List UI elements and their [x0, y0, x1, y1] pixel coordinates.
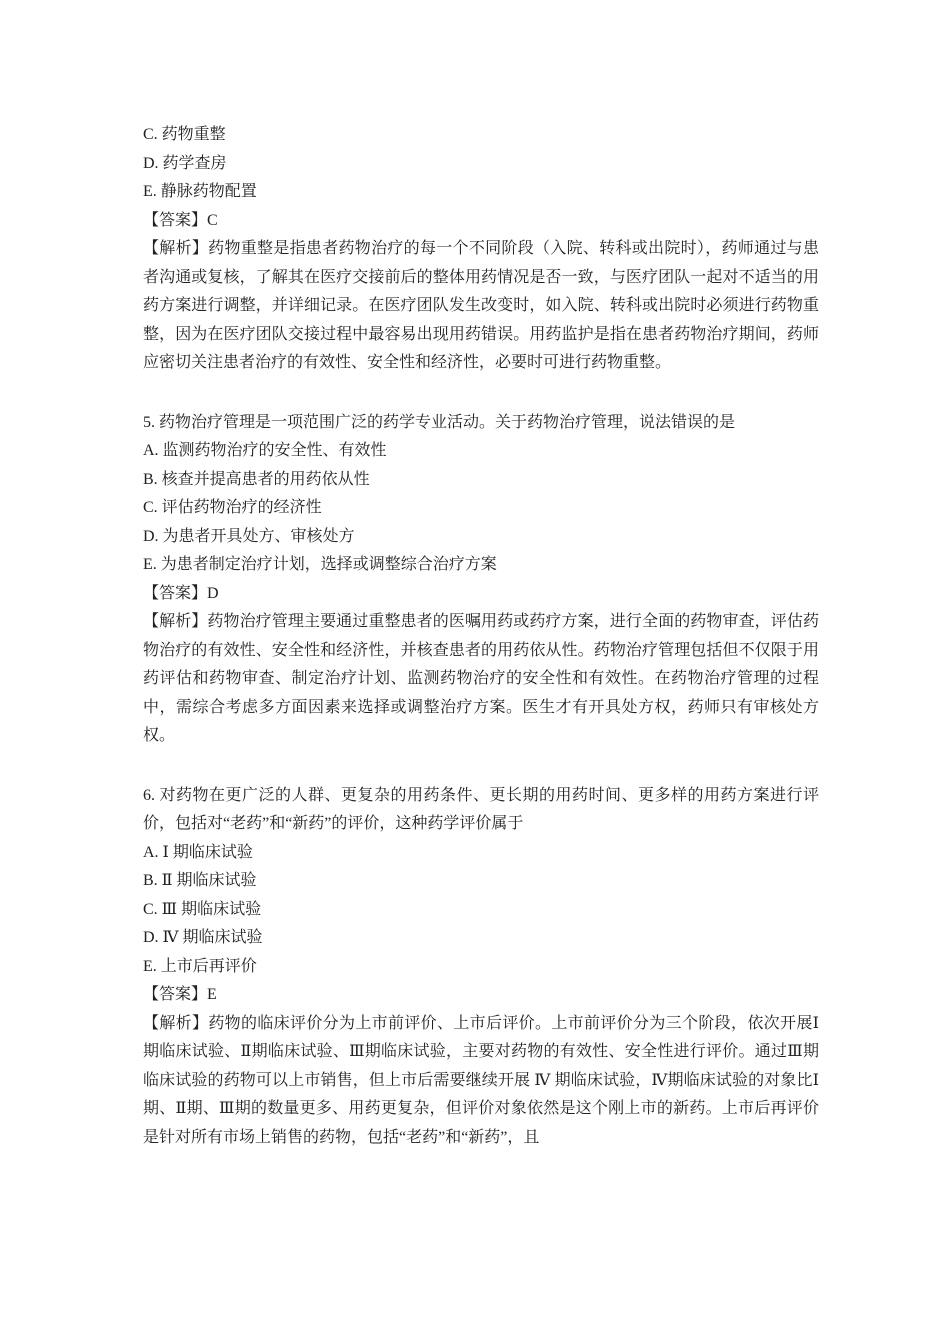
answer-label: 【答案】 — [143, 212, 207, 229]
option-c: C. 药物重整 — [143, 121, 819, 150]
option-d: D. 为患者开具处方、审核处方 — [143, 523, 819, 552]
option-a: A. 监测药物治疗的安全性、有效性 — [143, 437, 819, 466]
question-stem: 6. 对药物在更广泛的人群、更复杂的用药条件、更长期的用药时间、更多样的用药方案… — [143, 782, 819, 839]
answer-line: 【答案】C — [143, 207, 819, 236]
option-d: D. 药学查房 — [143, 150, 819, 179]
option-b: B. Ⅱ 期临床试验 — [143, 867, 819, 896]
answer-value: E — [207, 986, 217, 1003]
option-e: E. 上市后再评价 — [143, 953, 819, 982]
analysis-text: 药物治疗管理主要通过重整患者的医嘱用药或药疗方案，进行全面的药物审查，评估药物治… — [143, 613, 819, 744]
analysis-paragraph: 【解析】药物治疗管理主要通过重整患者的医嘱用药或药疗方案，进行全面的药物审查，评… — [143, 608, 819, 751]
answer-label: 【答案】 — [143, 585, 207, 602]
analysis-paragraph: 【解析】药物重整是指患者药物治疗的每一个不同阶段（入院、转科或出院时），药师通过… — [143, 235, 819, 378]
analysis-label: 【解析】 — [143, 240, 208, 257]
answer-line: 【答案】D — [143, 580, 819, 609]
analysis-paragraph: 【解析】药物的临床评价分为上市前评价、上市后评价。上市前评价分为三个阶段，依次开… — [143, 1010, 819, 1153]
question-paper-page: C. 药物重整 D. 药学查房 E. 静脉药物配置 【答案】C 【解析】药物重整… — [143, 121, 819, 1152]
analysis-label: 【解析】 — [143, 613, 207, 630]
option-c: C. 评估药物治疗的经济性 — [143, 494, 819, 523]
analysis-label: 【解析】 — [143, 1015, 208, 1032]
answer-label: 【答案】 — [143, 986, 207, 1003]
analysis-text: 药物重整是指患者药物治疗的每一个不同阶段（入院、转科或出院时），药师通过与患者沟… — [143, 240, 819, 371]
answer-value: C — [207, 212, 218, 229]
question-6-block: 6. 对药物在更广泛的人群、更复杂的用药条件、更长期的用药时间、更多样的用药方案… — [143, 782, 819, 1153]
option-b: B. 核查并提高患者的用药依从性 — [143, 466, 819, 495]
question-4-tail-block: C. 药物重整 D. 药学查房 E. 静脉药物配置 【答案】C 【解析】药物重整… — [143, 121, 819, 378]
answer-value: D — [207, 585, 219, 602]
analysis-text: 药物的临床评价分为上市前评价、上市后评价。上市前评价分为三个阶段，依次开展Ⅰ期临… — [143, 1015, 819, 1146]
answer-line: 【答案】E — [143, 981, 819, 1010]
option-c: C. Ⅲ 期临床试验 — [143, 896, 819, 925]
question-stem: 5. 药物治疗管理是一项范围广泛的药学专业活动。关于药物治疗管理，说法错误的是 — [143, 409, 819, 438]
option-d: D. Ⅳ 期临床试验 — [143, 924, 819, 953]
option-e: E. 静脉药物配置 — [143, 178, 819, 207]
question-5-block: 5. 药物治疗管理是一项范围广泛的药学专业活动。关于药物治疗管理，说法错误的是 … — [143, 409, 819, 751]
option-e: E. 为患者制定治疗计划，选择或调整综合治疗方案 — [143, 551, 819, 580]
option-a: A. Ⅰ 期临床试验 — [143, 839, 819, 868]
